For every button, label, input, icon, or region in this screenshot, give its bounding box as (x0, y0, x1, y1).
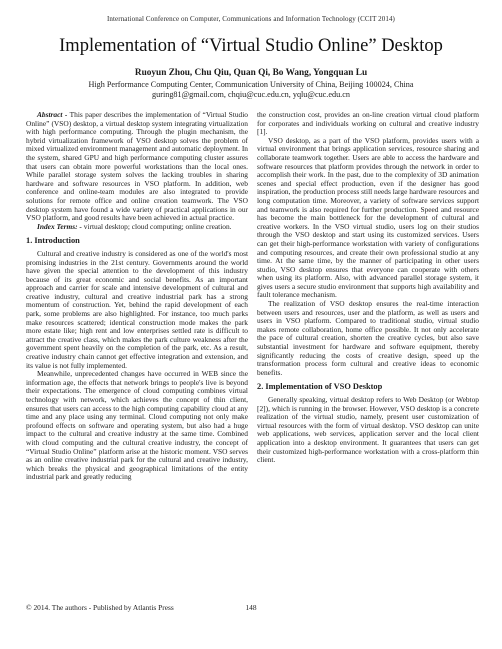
implementation-paragraph-1: Generally speaking, virtual desktop refe… (257, 396, 479, 465)
abstract-text: This paper describes the implementation … (26, 110, 248, 222)
section-heading-implementation: 2. Implementation of VSO Desktop (257, 383, 479, 392)
two-column-body: Abstract - This paper describes the impl… (0, 99, 502, 482)
introduction-paragraph-3: VSO desktop, as a part of the VSO platfo… (257, 137, 479, 300)
paper-page: International Conference on Computer, Co… (0, 0, 502, 649)
introduction-paragraph-4: The realization of VSO desktop ensures t… (257, 300, 479, 377)
page-footer: © 2014. The authors - Published by Atlan… (0, 603, 502, 617)
introduction-paragraph-1: Cultural and creative industry is consid… (26, 250, 248, 370)
section-heading-introduction: 1. Introduction (26, 237, 248, 246)
left-column: Abstract - This paper describes the impl… (26, 111, 248, 482)
right-column: the construction cost, provides an on-li… (257, 111, 479, 482)
paper-title: Implementation of “Virtual Studio Online… (0, 36, 502, 57)
abstract-paragraph: Abstract - This paper describes the impl… (26, 111, 248, 223)
emails-line: guring81@gmail.com, chqiu@cuc.edu.cn, yq… (0, 90, 502, 99)
introduction-paragraph-2-continuation: the construction cost, provides an on-li… (257, 111, 479, 137)
index-terms-label: Index Terms: - (37, 222, 84, 231)
index-terms-text: virtual desktop; cloud computing; online… (84, 222, 232, 231)
running-head: International Conference on Computer, Co… (0, 0, 502, 23)
authors-line: Ruoyun Zhou, Chu Qiu, Quan Qi, Bo Wang, … (0, 68, 502, 78)
index-terms-paragraph: Index Terms: - virtual desktop; cloud co… (26, 223, 248, 232)
affiliation-line: High Performance Computing Center, Commu… (0, 80, 502, 89)
footer-page-number: 148 (0, 603, 502, 612)
introduction-paragraph-2: Meanwhile, unprecedented changes have oc… (26, 370, 248, 482)
